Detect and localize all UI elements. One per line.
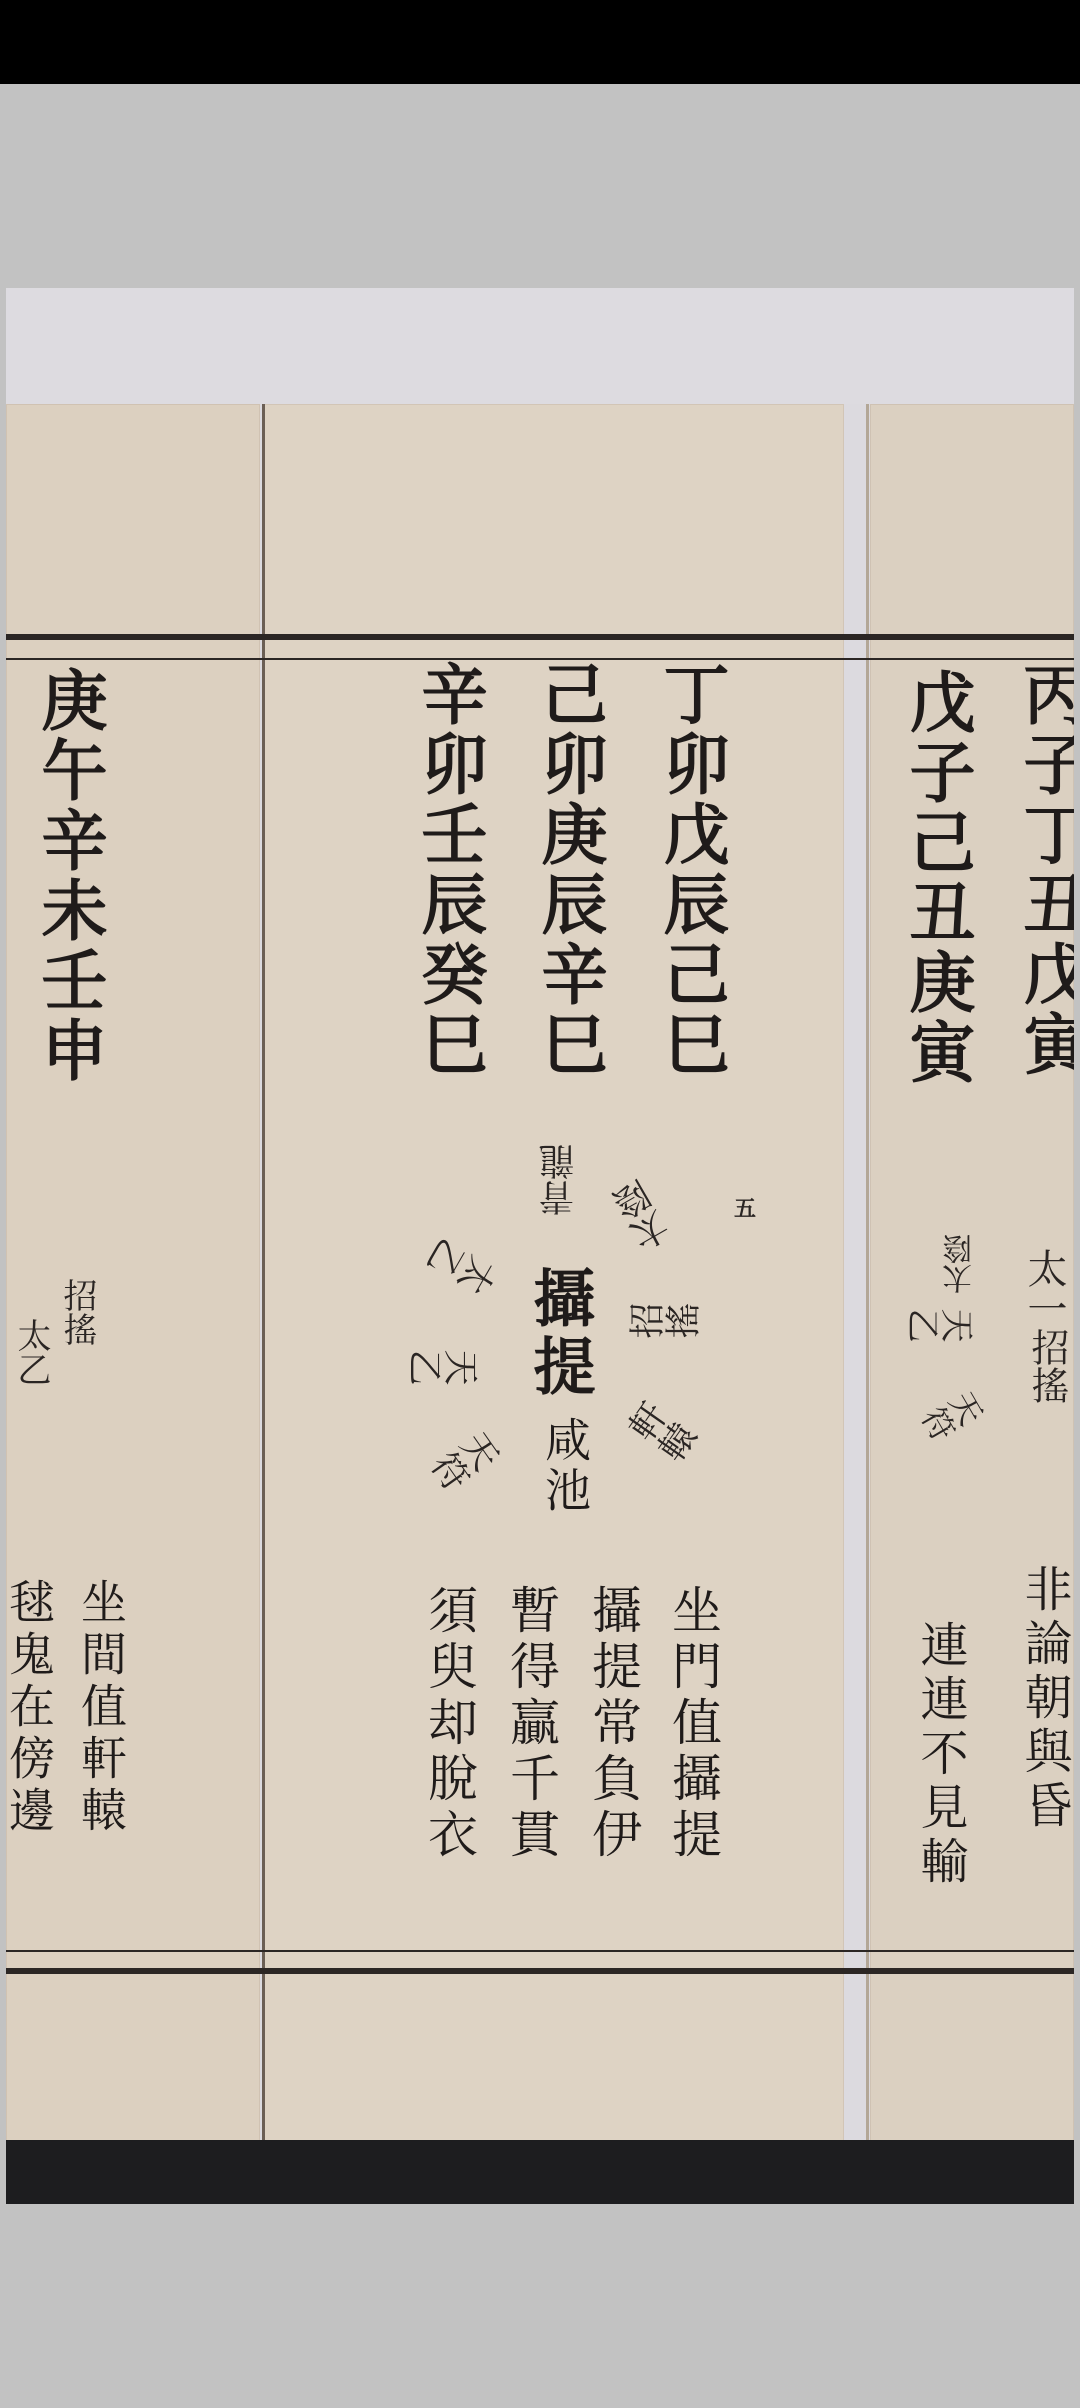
book-scan-image: 庚午辛未壬申 招搖 太乙 坐間值軒轅 毬鬼在傍邊 丁卯戊辰己巳 己卯庚辰辛巳 辛… [6,288,1074,2204]
image-viewer[interactable]: 庚午辛未壬申 招搖 太乙 坐間值軒轅 毬鬼在傍邊 丁卯戊辰己巳 己卯庚辰辛巳 辛… [6,288,1074,2204]
right-header-column-1: 丙子丁丑戊寅 [1018,660,1074,1080]
page-fold-left [262,404,265,2144]
middle-verse-column-1: 坐門值攝提 [668,1584,718,1864]
right-verse-column-2: 連連不見輸 [916,1620,964,1890]
middle-verse-column-4: 須臾却脫衣 [424,1584,474,1864]
left-verse-column-1: 坐間值軒轅 [78,1578,124,1838]
diagram-xianchi: 咸池 [542,1416,588,1516]
middle-verse-column-2: 攝提常負伊 [588,1584,638,1864]
right-header-column-2: 戊子己丑庚寅 [904,668,970,1088]
bottom-border-thin [6,1950,1074,1952]
middle-header-column-1: 丁卯戊辰己巳 [658,660,724,1080]
middle-verse-column-3: 暫得贏千貫 [506,1584,556,1864]
right-verse-column-1: 非論朝與昏 [1020,1564,1068,1834]
middle-header-column-3: 辛卯壬辰癸巳 [416,660,482,1080]
diagram-mark: 五 [734,1198,756,1220]
left-header-column: 庚午辛未壬申 [36,666,102,1086]
diagram-zhaoyao: 招搖 [628,1306,700,1342]
status-bar [0,0,1080,84]
top-border-thick [6,634,1074,640]
left-page [6,404,260,2144]
scan-backing-top [6,288,1074,404]
middle-header-column-2: 己卯庚辰辛巳 [536,660,602,1080]
right-anno-taiyi: 太一 [1024,1248,1064,1328]
diagram-tianyi: 天乙 [408,1346,480,1382]
left-verse-column-2: 毬鬼在傍邊 [6,1578,52,1838]
bottom-border-thick [6,1968,1074,1974]
left-anno-taiyi: 太乙 [14,1318,48,1386]
right-anno-taiyin: 太陰 [946,1234,976,1294]
page-fold-right [866,404,869,2144]
left-anno-zhaoyao: 招搖 [60,1278,94,1346]
diagram-center-sheti: 攝提 [528,1266,590,1402]
right-anno-zhaoyao: 招搖 [1028,1328,1066,1404]
right-anno-tianyi: 天乙 [907,1305,975,1339]
scan-backing-bottom [6,2140,1074,2204]
diagram-qinglong: 青龍 [542,1144,578,1216]
